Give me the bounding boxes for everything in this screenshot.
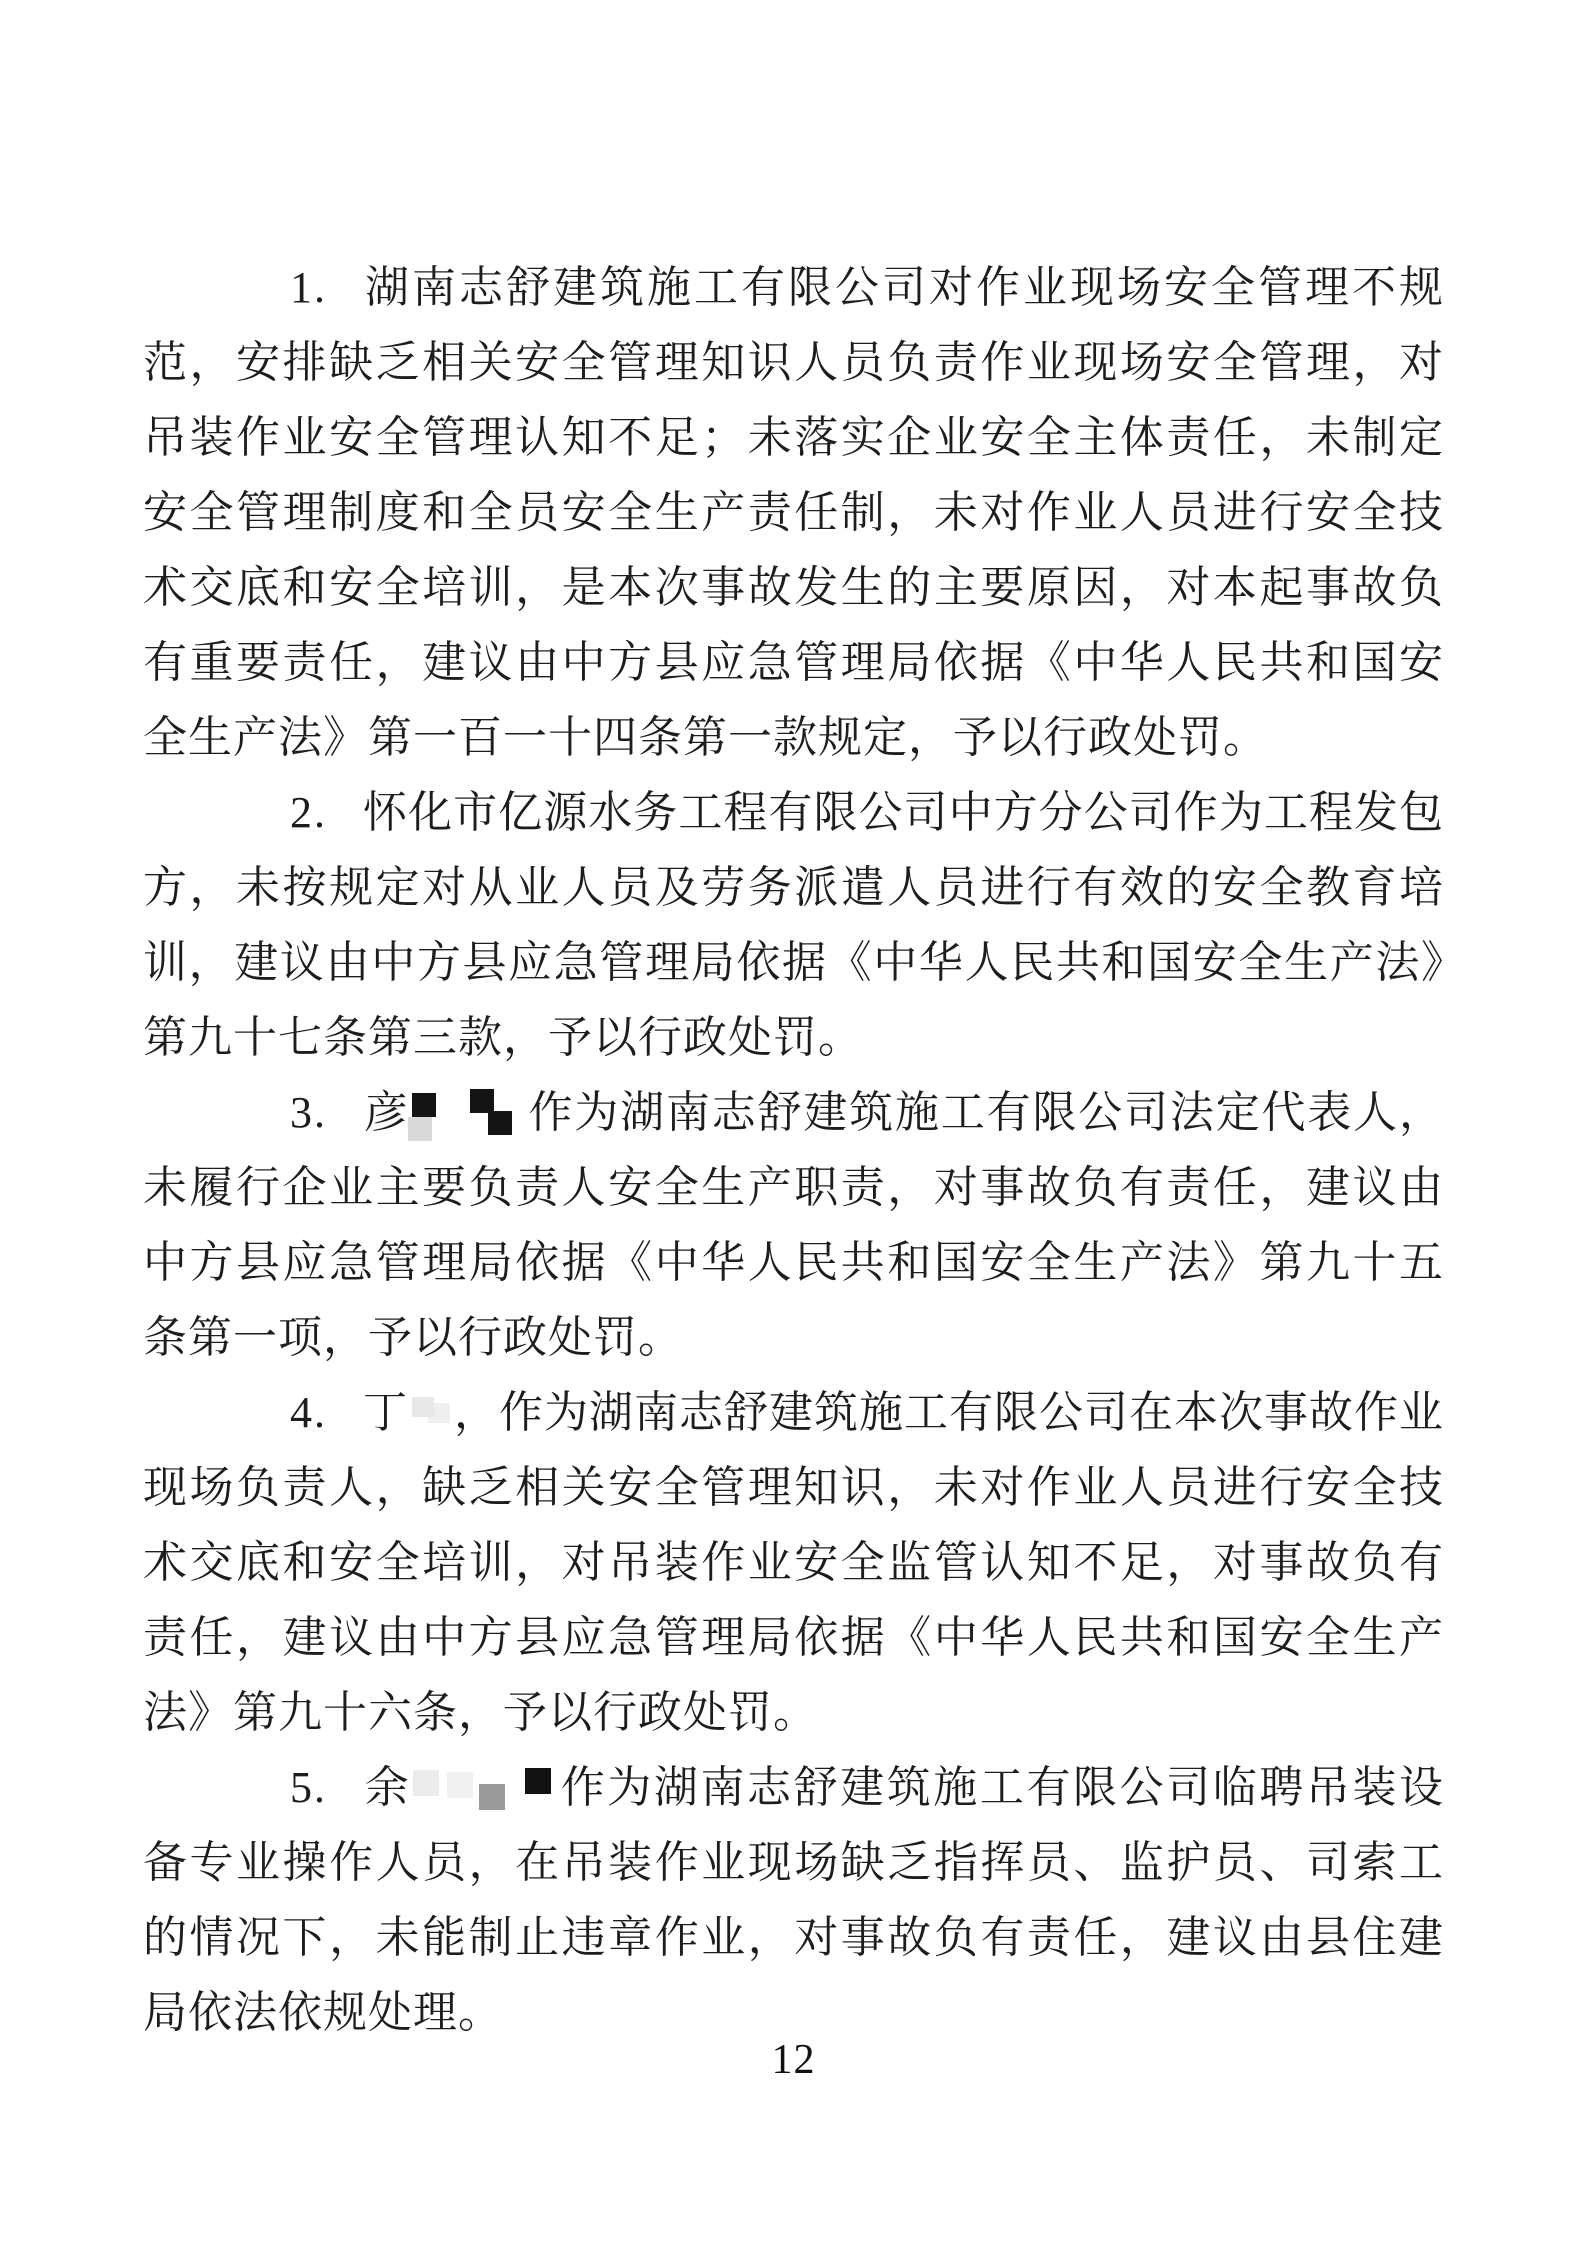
paragraph-text: ，作为湖南志舒建筑施工有限公司在本次事故作业现场负责人，缺乏相关安全管理知识，未… (143, 1388, 1444, 1737)
paragraph-text: 作为湖南志舒建筑施工有限公司临聘吊装设备专业操作人员，在吊装作业现场缺乏指挥员、… (143, 1763, 1444, 2037)
paragraph-text: 湖南志舒建筑施工有限公司对作业现场安全管理不规范，安排缺乏相关安全管理知识人员负… (143, 263, 1444, 762)
page-number: 12 (0, 2036, 1587, 2084)
paragraph: 4.丁，作为湖南志舒建筑施工有限公司在本次事故作业现场负责人，缺乏相关安全管理知… (143, 1375, 1444, 1750)
document-page: 1.湖南志舒建筑施工有限公司对作业现场安全管理不规范，安排缺乏相关安全管理知识人… (0, 0, 1587, 2245)
paragraph: 2.怀化市亿源水务工程有限公司中方分公司作为工程发包方，未按规定对从业人员及劳务… (143, 775, 1444, 1075)
paragraph: 1.湖南志舒建筑施工有限公司对作业现场安全管理不规范，安排缺乏相关安全管理知识人… (143, 250, 1444, 775)
paragraph: 3.彦作为湖南志舒建筑施工有限公司法定代表人，未履行企业主要负责人安全生产职责，… (143, 1075, 1444, 1375)
paragraph-text: 丁 (363, 1388, 408, 1437)
paragraph-number: 5. (290, 1763, 327, 1812)
paragraph-number: 1. (290, 263, 327, 312)
paragraph-text: 作为湖南志舒建筑施工有限公司法定代表人，未履行企业主要负责人安全生产职责，对事故… (143, 1088, 1444, 1362)
paragraph-list: 1.湖南志舒建筑施工有限公司对作业现场安全管理不规范，安排缺乏相关安全管理知识人… (143, 250, 1444, 2050)
paragraph-number: 2. (290, 788, 327, 837)
redacted-name (408, 1393, 454, 1437)
paragraph-number: 4. (290, 1388, 327, 1437)
redacted-name (410, 1093, 518, 1137)
paragraph-text: 彦 (363, 1088, 410, 1137)
paragraph: 5.余作为湖南志舒建筑施工有限公司临聘吊装设备专业操作人员，在吊装作业现场缺乏指… (143, 1750, 1444, 2050)
paragraph-number: 3. (290, 1088, 327, 1137)
redacted-name (411, 1768, 559, 1812)
paragraph-text: 怀化市亿源水务工程有限公司中方分公司作为工程发包方，未按规定对从业人员及劳务派遣… (143, 788, 1444, 1062)
paragraph-text: 余 (363, 1763, 411, 1812)
